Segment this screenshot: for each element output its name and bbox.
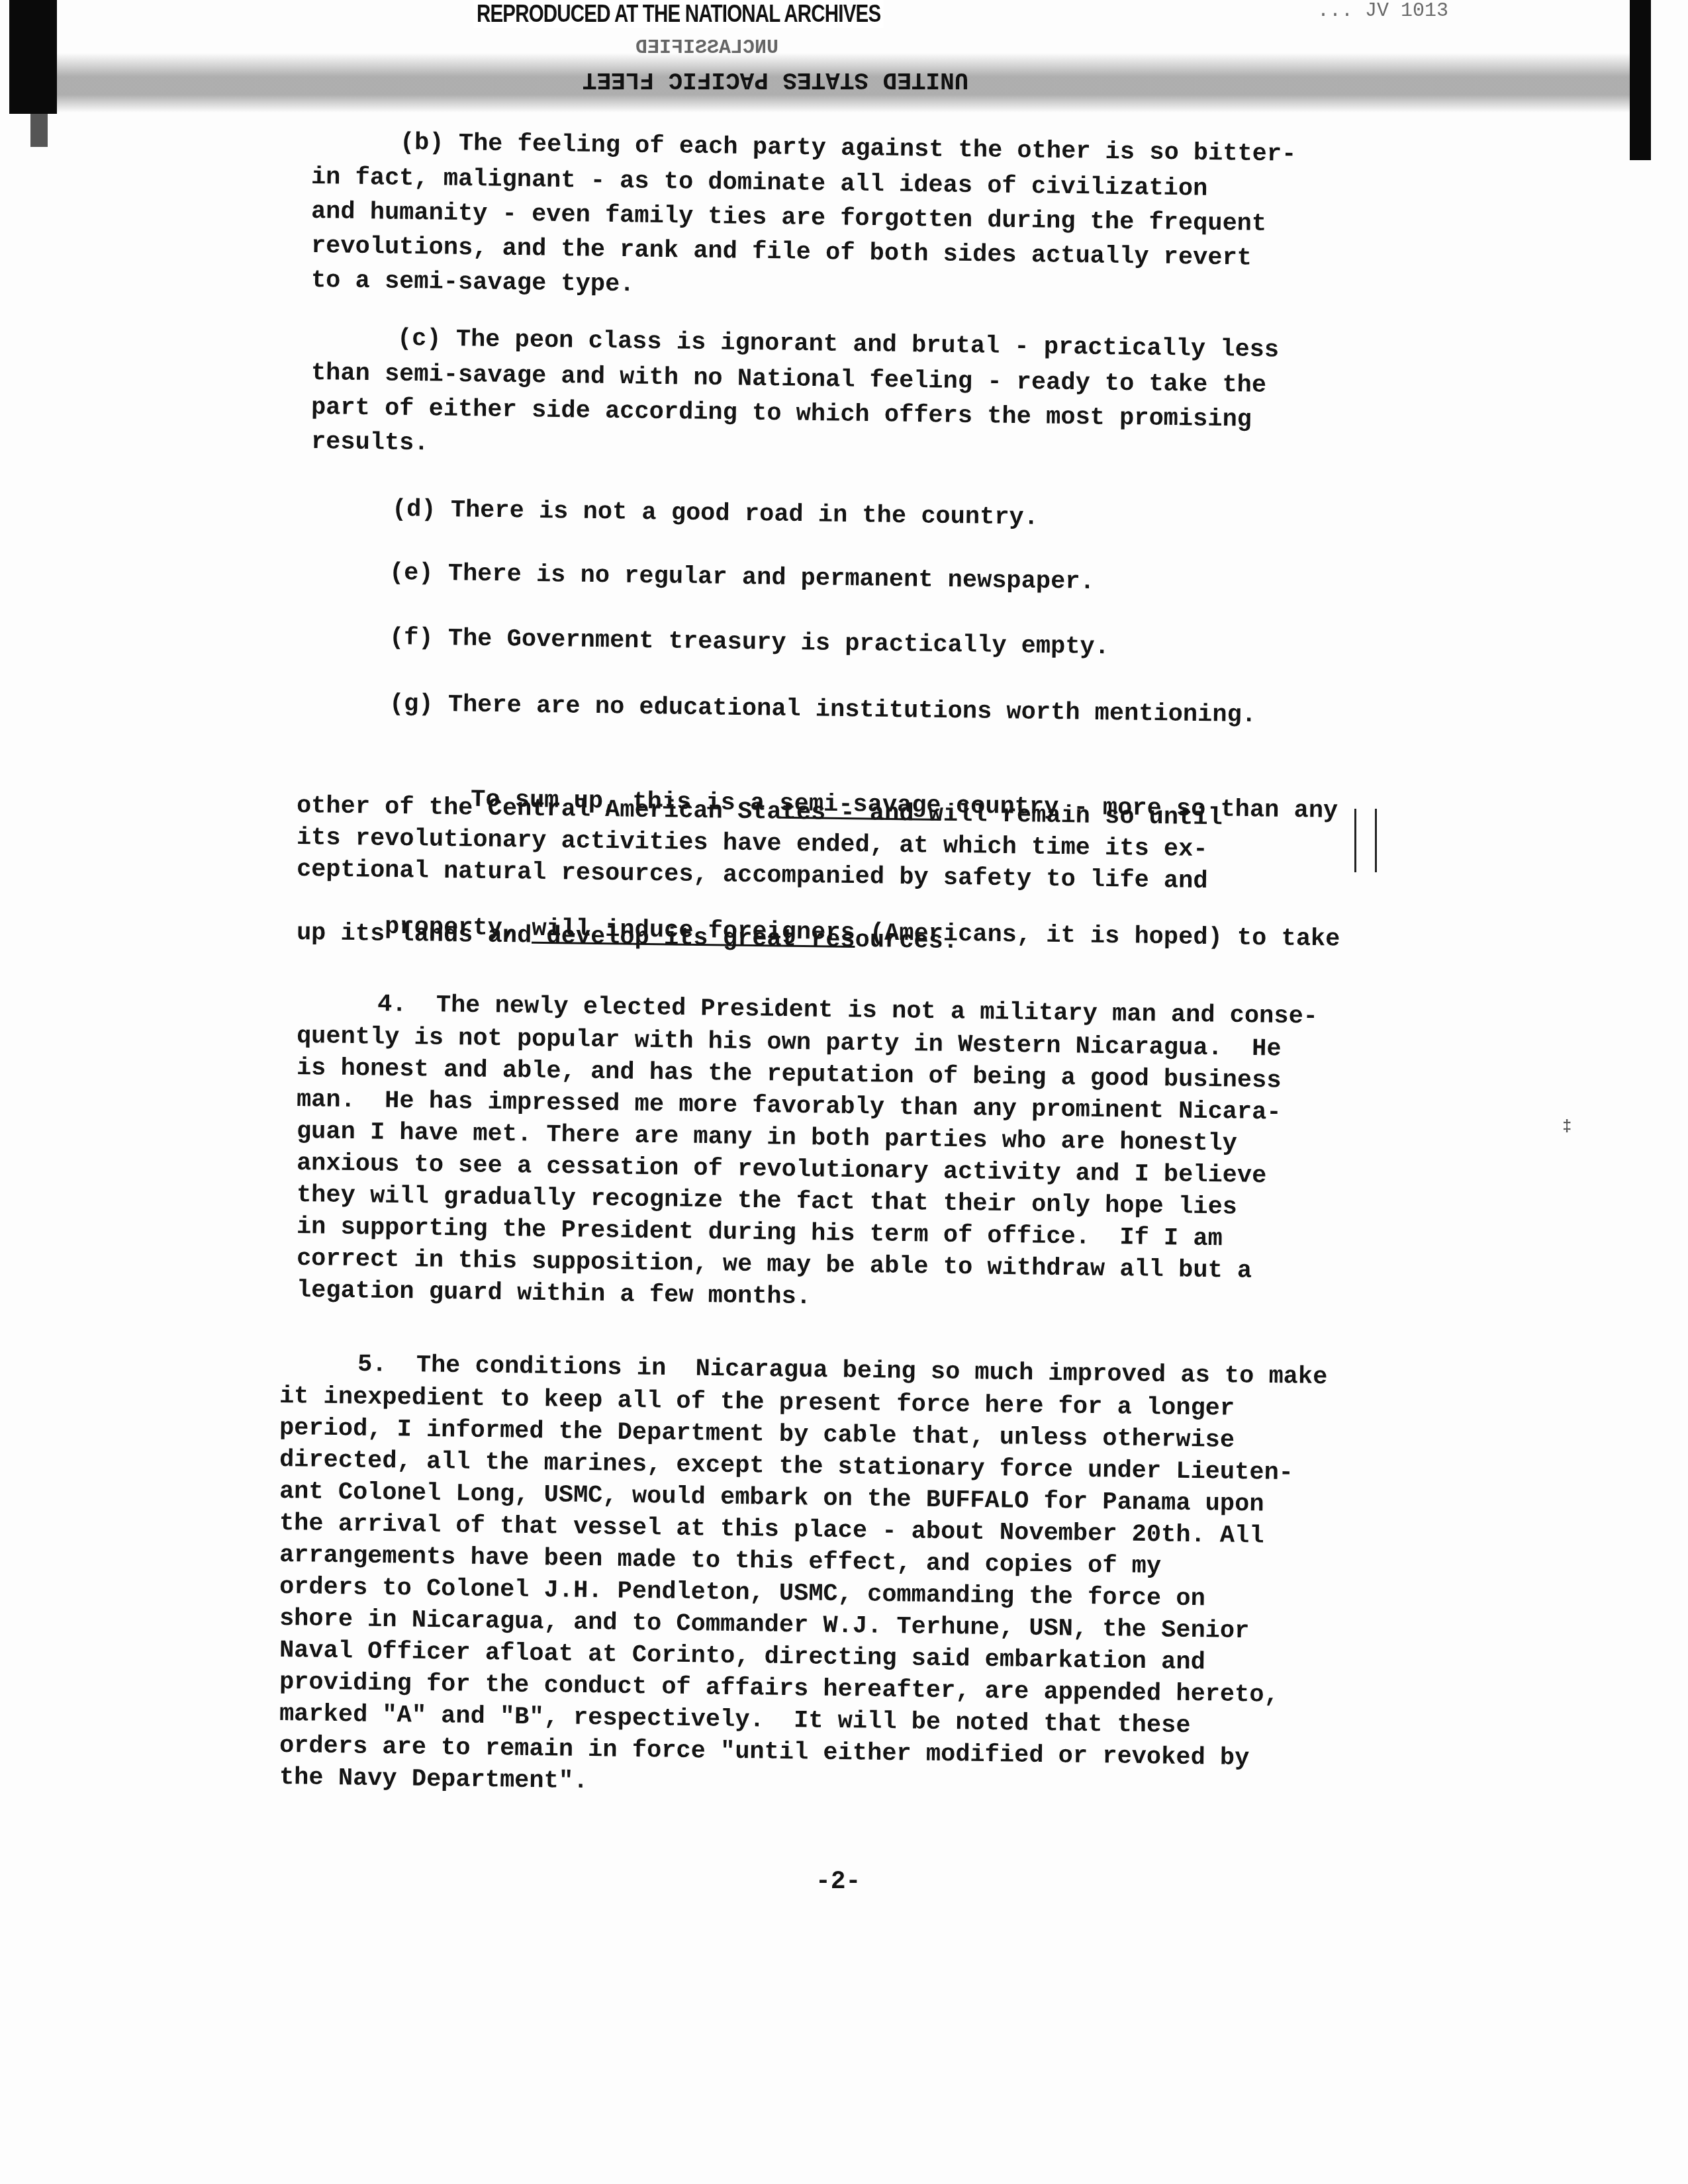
section-c-line: part of either side according to which o… (311, 396, 1252, 433)
document-body: (b) The feeling of each party against th… (0, 0, 1688, 2184)
section-b-line: to a semi-savage type. (311, 269, 635, 297)
stray-mark: ‡ (1562, 1118, 1571, 1136)
section-c-line: (c) The peon class is ignorant and bruta… (397, 327, 1280, 363)
section-b-line: (b) The feeling of each party against th… (400, 131, 1297, 167)
section-d: (d) There is not a good road in the coun… (392, 498, 1039, 531)
section-e: (e) There is no regular and permanent ne… (389, 561, 1095, 595)
section-b-line: and humanity - even family ties are forg… (311, 200, 1267, 237)
section-c-line: than semi-savage and with no National fe… (311, 361, 1267, 398)
section-f: (f) The Government treasury is practical… (389, 626, 1109, 660)
section-g: (g) There are no educational institution… (389, 692, 1256, 728)
section-b-line: in fact, malignant - as to dominate all … (311, 165, 1208, 202)
paragraph-5-line: arrangements have been made to this effe… (279, 1543, 1162, 1579)
sum-up-line: ceptional natural resources, accompanied… (297, 858, 1208, 894)
paragraph-5-line: 5. The conditions in Nicaragua being so … (357, 1353, 1328, 1390)
document-page: REPRODUCED AT THE NATIONAL ARCHIVES ... … (0, 0, 1688, 2184)
paragraph-4-line: 4. The newly elected President is not a … (377, 993, 1318, 1030)
paragraph-5-line: the Navy Department". (279, 1766, 588, 1794)
paragraph-4-line: legation guard within a few months. (297, 1279, 812, 1310)
section-c-line: results. (311, 430, 429, 456)
section-b-line: revolutions, and the rank and file of bo… (311, 234, 1252, 271)
margin-annotation-bars (1354, 809, 1377, 872)
page-number: -2- (816, 1868, 861, 1896)
